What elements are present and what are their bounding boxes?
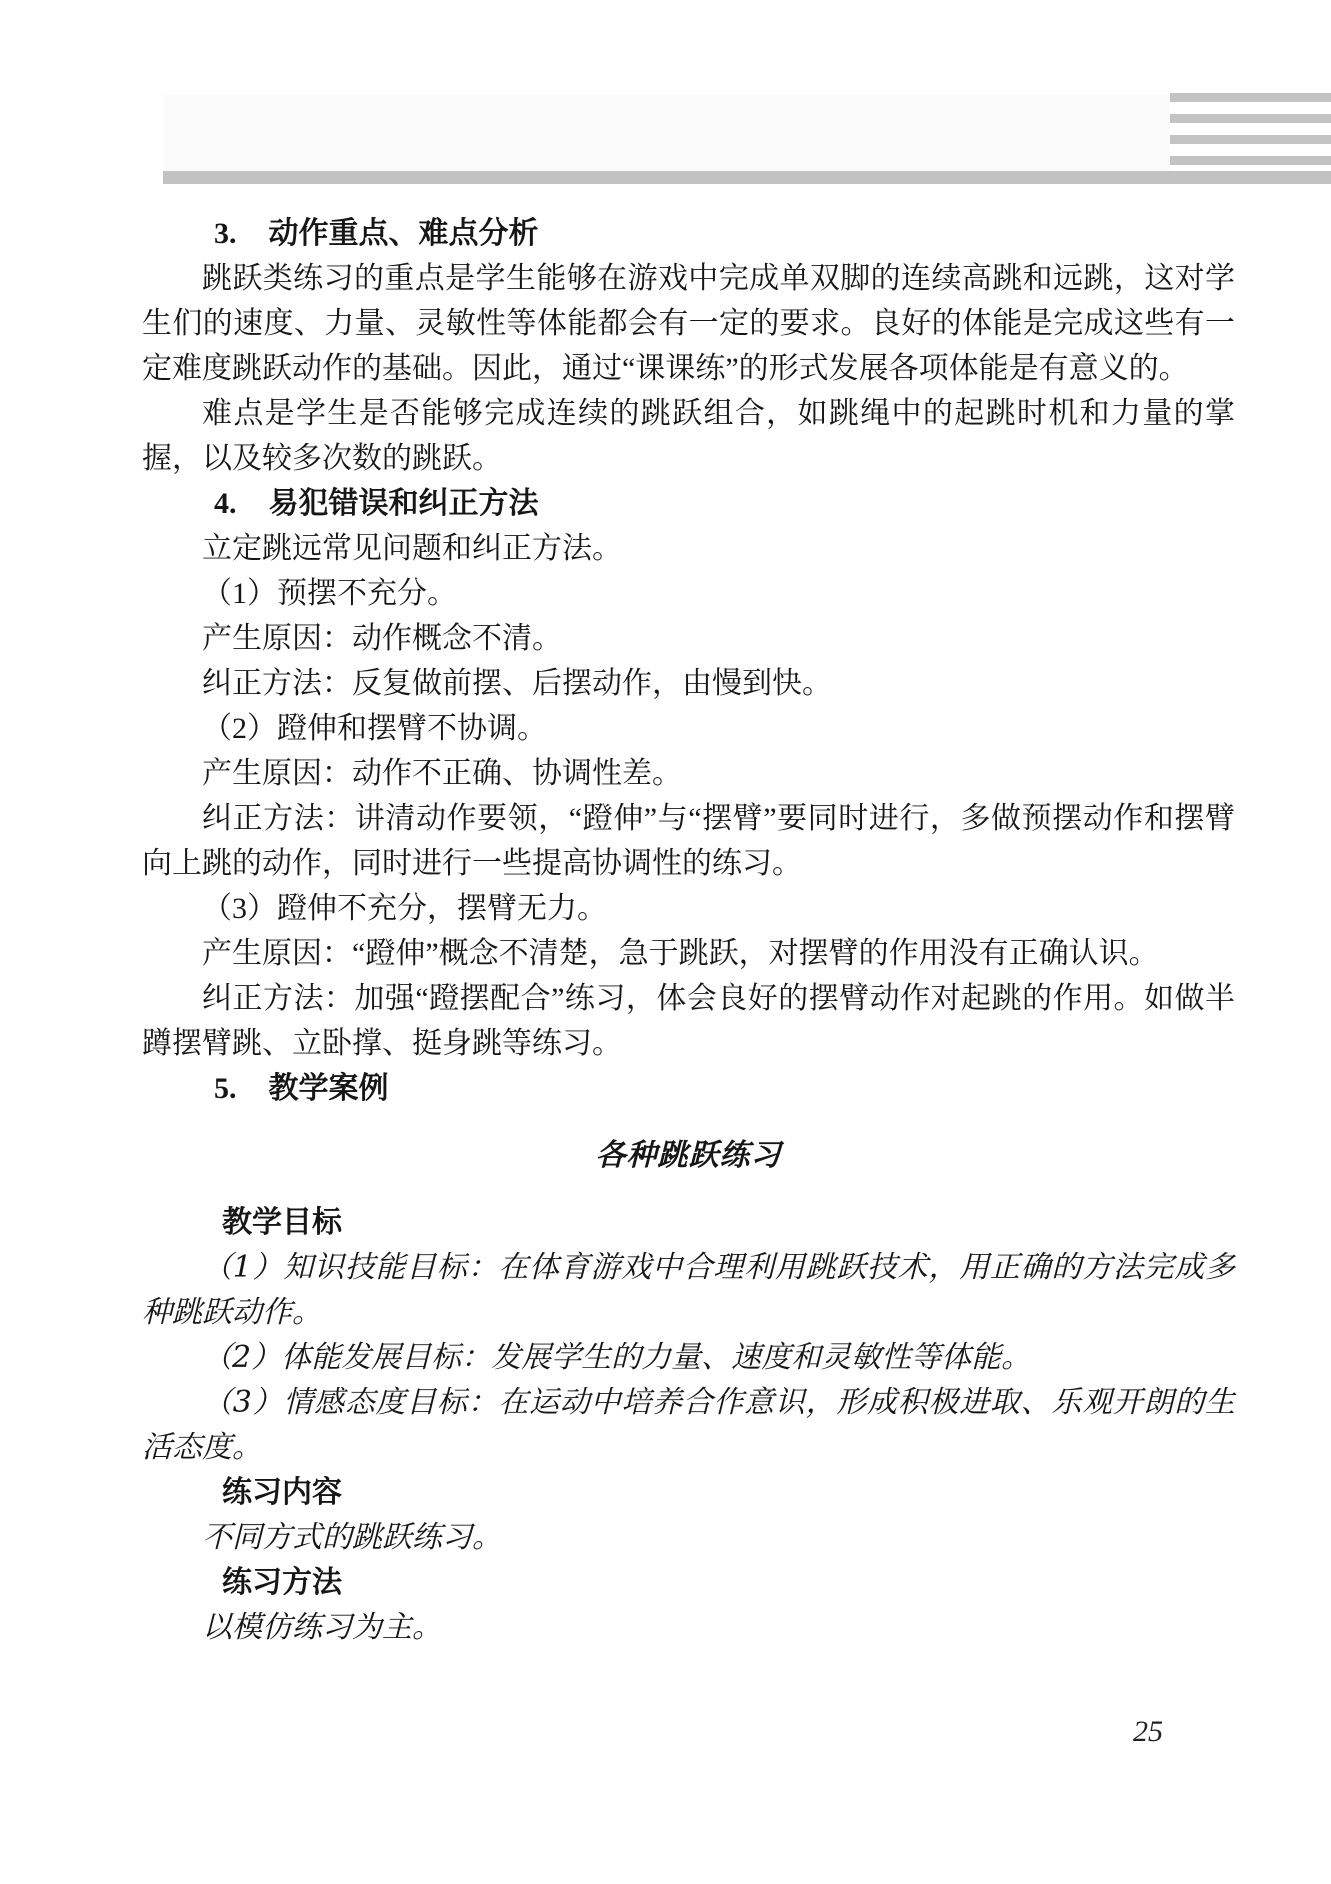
paragraph: 产生原因：动作概念不清。 [142, 616, 1235, 661]
decor-bar [1170, 135, 1331, 144]
paragraph: 立定跳远常见问题和纠正方法。 [142, 526, 1235, 571]
sub-heading: 教学目标 [142, 1200, 1235, 1245]
heading-text: 动作重点、难点分析 [269, 217, 539, 250]
decor-bar [1170, 156, 1331, 165]
sub-heading: 练习方法 [142, 1560, 1235, 1605]
content: 3.动作重点、难点分析跳跃类练习的重点是学生能够在游戏中完成单双脚的连续高跳和远… [142, 211, 1235, 1650]
paragraph: 纠正方法：讲清动作要领，“蹬伸”与“摆臂”要同时进行，多做预摆动作和摆臂向上跳的… [142, 796, 1235, 886]
paragraph: 以模仿练习为主。 [142, 1605, 1235, 1650]
heading-number: 3. [214, 217, 237, 250]
page-number: 25 [1133, 1715, 1163, 1749]
paragraph: 不同方式的跳跃练习。 [142, 1515, 1235, 1560]
case-title: 各种跳跃练习 [142, 1133, 1235, 1178]
paragraph: （2）蹬伸和摆臂不协调。 [142, 706, 1235, 751]
paragraph: 产生原因：“蹬伸”概念不清楚，急于跳跃，对摆臂的作用没有正确认识。 [142, 931, 1235, 976]
heading-number: 4. [214, 487, 237, 520]
section-heading: 4.易犯错误和纠正方法 [142, 481, 1235, 526]
paragraph: （1）知识技能目标：在体育游戏中合理利用跳跃技术，用正确的方法完成多种跳跃动作。 [142, 1245, 1235, 1335]
side-bars [1170, 93, 1331, 177]
paragraph: 纠正方法：加强“蹬摆配合”练习，体会良好的摆臂动作对起跳的作用。如做半蹲摆臂跳、… [142, 976, 1235, 1066]
paragraph: 跳跃类练习的重点是学生能够在游戏中完成单双脚的连续高跳和远跳，这对学生们的速度、… [142, 256, 1235, 391]
heading-text: 教学案例 [269, 1072, 389, 1105]
section-heading: 5.教学案例 [142, 1066, 1235, 1111]
decor-bar [1170, 93, 1331, 102]
heading-number: 5. [214, 1072, 237, 1105]
heading-text: 易犯错误和纠正方法 [269, 487, 539, 520]
paragraph: （2）体能发展目标：发展学生的力量、速度和灵敏性等体能。 [142, 1335, 1235, 1380]
paragraph: （1）预摆不充分。 [142, 571, 1235, 616]
sub-heading: 练习内容 [142, 1470, 1235, 1515]
book-page: { "page": { "number": "25" }, "decor": {… [0, 0, 1331, 1884]
decor-bar [1170, 114, 1331, 123]
paragraph: 纠正方法：反复做前摆、后摆动作，由慢到快。 [142, 661, 1235, 706]
header-rule-bar [163, 171, 1331, 184]
paragraph: 产生原因：动作不正确、协调性差。 [142, 751, 1235, 796]
paragraph: （3）蹬伸不充分，摆臂无力。 [142, 886, 1235, 931]
section-heading: 3.动作重点、难点分析 [142, 211, 1235, 256]
paragraph: 难点是学生是否能够完成连续的跳跃组合，如跳绳中的起跳时机和力量的掌握，以及较多次… [142, 391, 1235, 481]
header-highlight-box [163, 95, 1170, 171]
paragraph: （3）情感态度目标：在运动中培养合作意识，形成积极进取、乐观开朗的生活态度。 [142, 1380, 1235, 1470]
